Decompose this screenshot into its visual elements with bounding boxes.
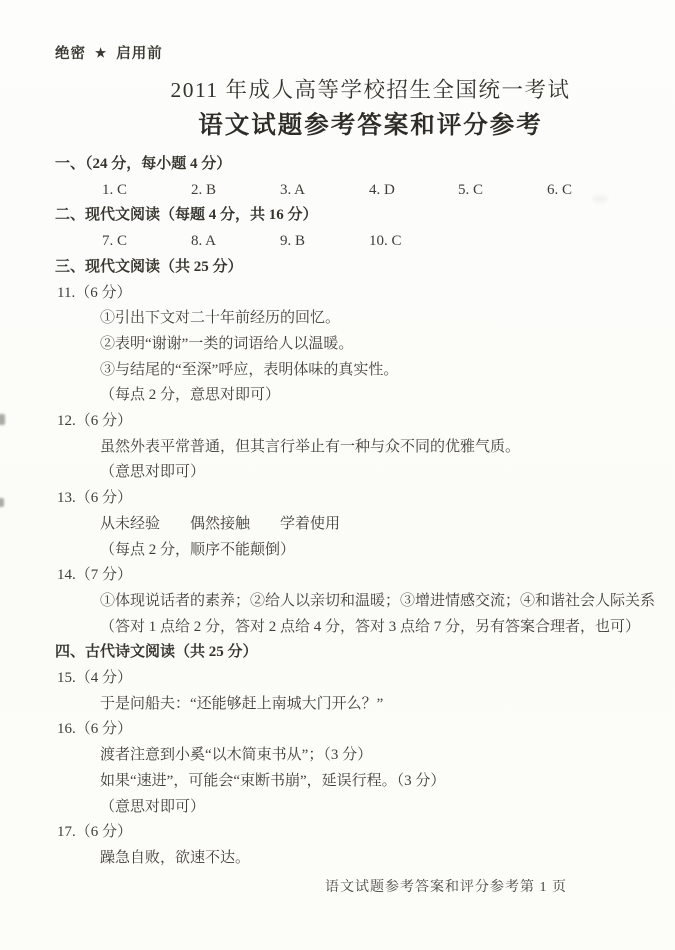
section-2-heading: 二、现代文阅读（每题 4 分，共 16 分）: [0, 203, 675, 229]
answer-q2: 2. B: [191, 178, 280, 204]
answer-row-2: 7. C8. A9. B10. C: [0, 229, 675, 255]
q14-answer-line-1: ①体现说话者的素养；②给人以亲切和温暖；③增进情感交流；④和谐社会人际关系: [0, 589, 675, 615]
q16-scoring-note: （意思对即可）: [0, 795, 675, 821]
q11-scoring-note: （每点 2 分，意思对即可）: [0, 383, 675, 409]
q17-label: 17.（6 分）: [0, 820, 675, 846]
q12-scoring-note: （意思对即可）: [0, 460, 675, 486]
q17-answer-line-1: 躁急自败，欲速不达。: [0, 846, 675, 872]
document-page: 绝密★启用前 2011 年成人高等学校招生全国统一考试 语文试题参考答案和评分参…: [0, 0, 675, 950]
answer-q7: 7. C: [102, 229, 191, 255]
q12-answer-line-1: 虽然外表平常普通，但其言行举止有一种与众不同的优雅气质。: [0, 435, 675, 461]
answer-key-body: 一、（24 分，每小题 4 分） 1. C2. B3. A4. D5. C6. …: [0, 152, 675, 872]
section-1-heading: 一、（24 分，每小题 4 分）: [0, 152, 675, 178]
q15-answer-line-1: 于是问船夫：“还能够赶上南城大门开么？”: [0, 692, 675, 718]
answer-q1: 1. C: [102, 178, 191, 204]
q11-answer-line-1: ①引出下文对二十年前经历的回忆。: [0, 306, 675, 332]
scan-artifact: [0, 414, 5, 425]
q13-scoring-note: （每点 2 分，顺序不能颠倒）: [0, 538, 675, 564]
section-3-heading: 三、现代文阅读（共 25 分）: [0, 255, 675, 281]
scan-artifact: [0, 498, 4, 507]
answer-q9: 9. B: [280, 229, 369, 255]
stage-label: 启用前: [116, 46, 163, 62]
answer-q6: 6. C: [547, 178, 572, 204]
q11-label: 11.（6 分）: [0, 281, 675, 307]
q16-answer-line-2: 如果“速进”，可能会“束断书崩”，延误行程。（3 分）: [0, 769, 675, 795]
q13-answer-line-1: 从未经验 偶然接触 学着使用: [0, 512, 675, 538]
answer-q5: 5. C: [458, 178, 547, 204]
q14-label: 14.（7 分）: [0, 563, 675, 589]
security-label: 绝密: [55, 46, 86, 62]
q15-label: 15.（4 分）: [0, 666, 675, 692]
star-icon: ★: [95, 46, 107, 60]
page-footer: 语文试题参考答案和评分参考第 1 页: [325, 876, 567, 896]
answer-q8: 8. A: [191, 229, 280, 255]
security-marking: 绝密★启用前: [55, 42, 163, 63]
q16-label: 16.（6 分）: [0, 717, 675, 743]
q13-label: 13.（6 分）: [0, 486, 675, 512]
q12-label: 12.（6 分）: [0, 409, 675, 435]
q16-answer-line-1: 渡者注意到小奚“以木简束书从”；（3 分）: [0, 743, 675, 769]
answer-row-1: 1. C2. B3. A4. D5. C6. C: [0, 178, 675, 204]
exam-title: 2011 年成人高等学校招生全国统一考试: [0, 73, 675, 104]
answer-q10: 10. C: [369, 229, 402, 255]
doc-title: 语文试题参考答案和评分参考: [0, 106, 675, 141]
scan-artifact: [593, 196, 607, 202]
q11-answer-line-3: ③与结尾的“至深”呼应，表明体味的真实性。: [0, 358, 675, 384]
answer-q3: 3. A: [280, 178, 369, 204]
q14-scoring-note: （答对 1 点给 2 分，答对 2 点给 4 分，答对 3 点给 7 分，另有答…: [0, 615, 675, 641]
section-4-heading: 四、古代诗文阅读（共 25 分）: [0, 640, 675, 666]
q11-answer-line-2: ②表明“谢谢”一类的词语给人以温暖。: [0, 332, 675, 358]
answer-q4: 4. D: [369, 178, 458, 204]
